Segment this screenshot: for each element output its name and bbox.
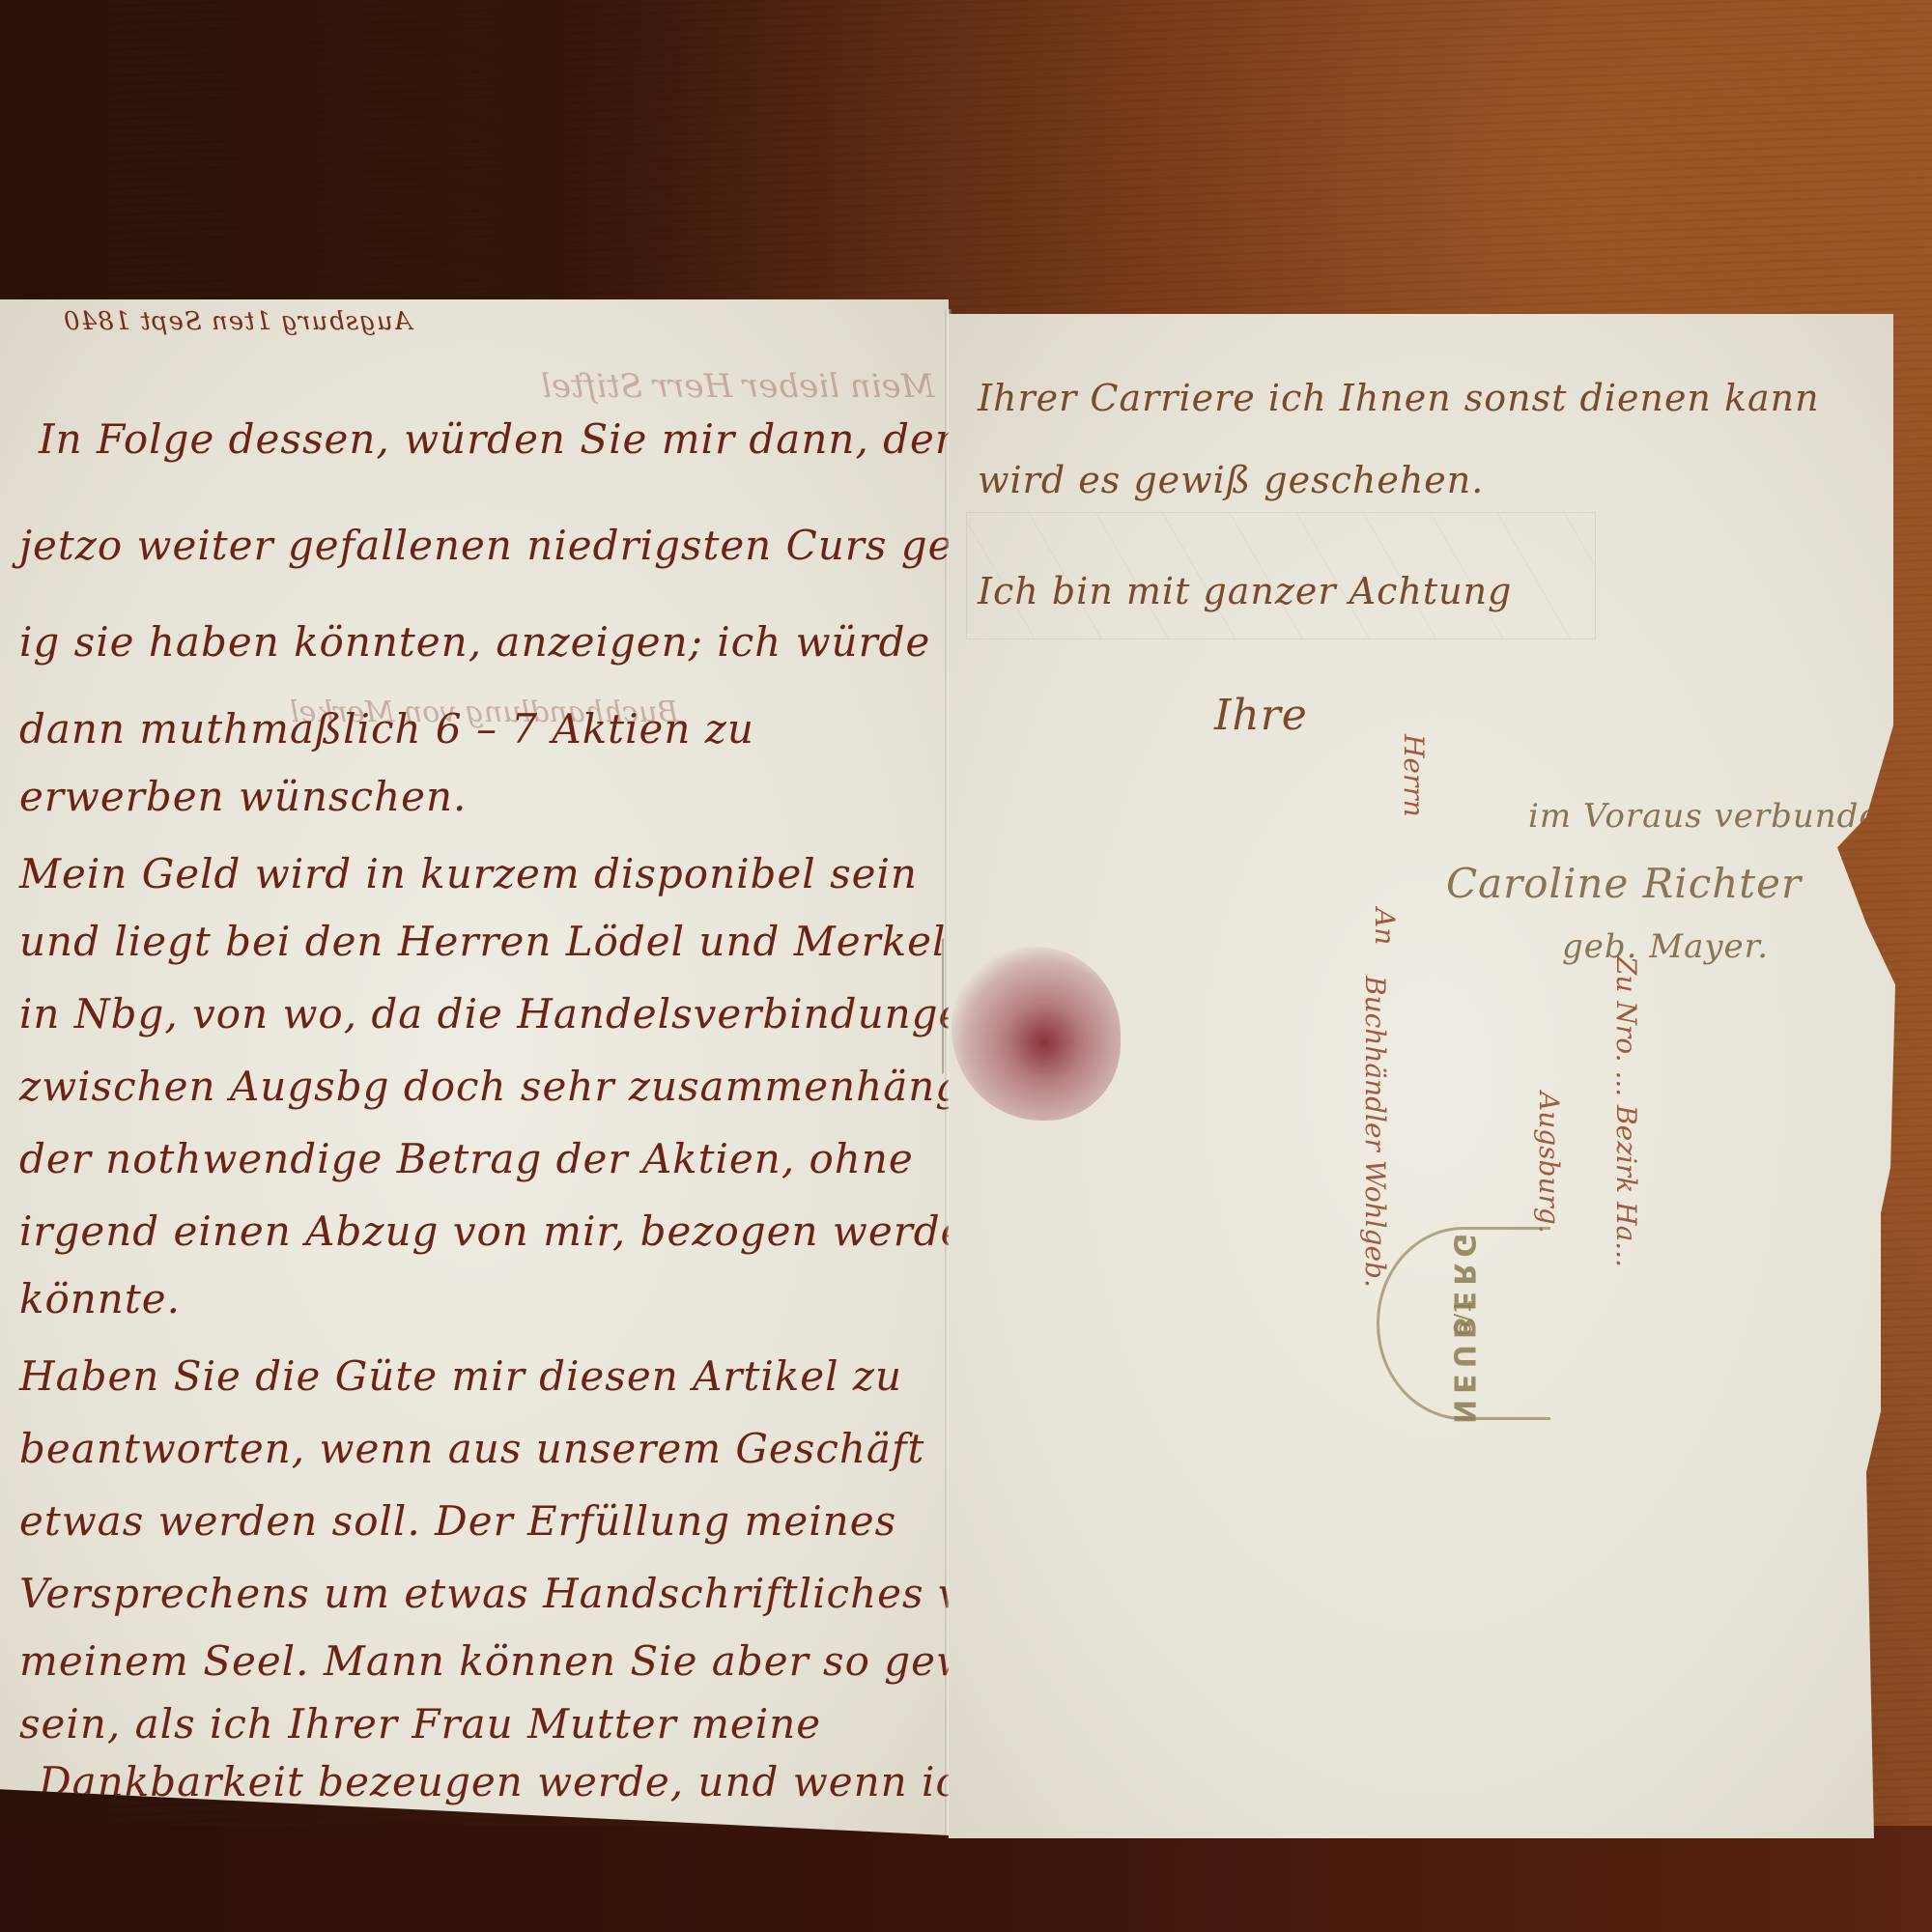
letter-line-7: und liegt bei den Herren Lödel und Merke…	[19, 918, 946, 965]
signature-name: Caroline Richter	[1446, 860, 1802, 907]
right-line-2: wird es gewiß geschehen.	[978, 459, 1484, 501]
letter-line-1: In Folge dessen, würden Sie mir dann, de…	[39, 415, 962, 463]
letter-line-11: irgend einen Abzug von mir, bezogen werd…	[19, 1207, 993, 1255]
letter-line-17: meinem Seel. Mann können Sie aber so gew…	[19, 1637, 1013, 1685]
right-line-1: Ihrer Carriere ich Ihnen sonst dienen ka…	[978, 377, 1820, 419]
wood-table-bottom	[0, 1826, 1932, 1932]
letter-line-13: Haben Sie die Güte mir diesen Artikel zu	[19, 1352, 902, 1400]
letter-line-15: etwas werden soll. Der Erfüllung meines	[19, 1497, 896, 1545]
left-page: Mein lieber Herr Stiftel Buchhandlung vo…	[0, 299, 949, 1835]
date-line: Augsburg 1ten Sept 1840	[63, 307, 412, 336]
letter-line-4: dann muthmaßlich 6 – 7 Aktien zu	[19, 705, 754, 753]
bleed-through-salutation: Mein lieber Herr Stiftel	[541, 367, 935, 406]
letter-line-2: jetzo weiter gefallenen niedrigsten Curs…	[19, 522, 1022, 569]
letter-line-9: zwischen Augsbg doch sehr zusammenhängen…	[19, 1063, 1028, 1110]
letter-line-19: Dankbarkeit bezeugen werde, und wenn ich	[39, 1758, 986, 1805]
letter-line-12: könnte.	[19, 1275, 181, 1322]
address-line-augsburg: Augsburg.	[1533, 1092, 1565, 1234]
closing-phrase: im Voraus verbunden	[1528, 797, 1901, 836]
postmark-stamp: NEUBERG 6/1	[1377, 1227, 1550, 1420]
right-line-ihre: Ihre	[1214, 691, 1308, 740]
paper-watermark	[966, 512, 1596, 639]
letter-line-16: Versprechens um etwas Handschriftliches …	[19, 1570, 1014, 1617]
address-line-an: An	[1369, 908, 1401, 945]
address-line-herrn: Herrn	[1398, 734, 1430, 817]
letter-line-18: sein, als ich Ihrer Frau Mutter meine	[19, 1700, 821, 1747]
postmark-date: 6/1	[1449, 1299, 1476, 1337]
letter-line-10: der nothwendige Betrag der Aktien, ohne	[19, 1135, 914, 1182]
letter-line-8: in Nbg, von wo, da die Handelsverbindung…	[19, 990, 990, 1037]
letter-line-5: erwerben wünschen.	[19, 773, 467, 820]
signature-maiden-name: geb. Mayer.	[1562, 927, 1769, 966]
letter-line-3: ig sie haben könnten, anzeigen; ich würd…	[19, 618, 930, 666]
address-line-bezirk: Zu Nro. ... Bezirk Ha...	[1610, 956, 1642, 1267]
letter-line-6: Mein Geld wird in kurzem disponibel sein	[19, 850, 918, 897]
letter-line-14: beantworten, wenn aus unserem Geschäft	[19, 1425, 924, 1472]
